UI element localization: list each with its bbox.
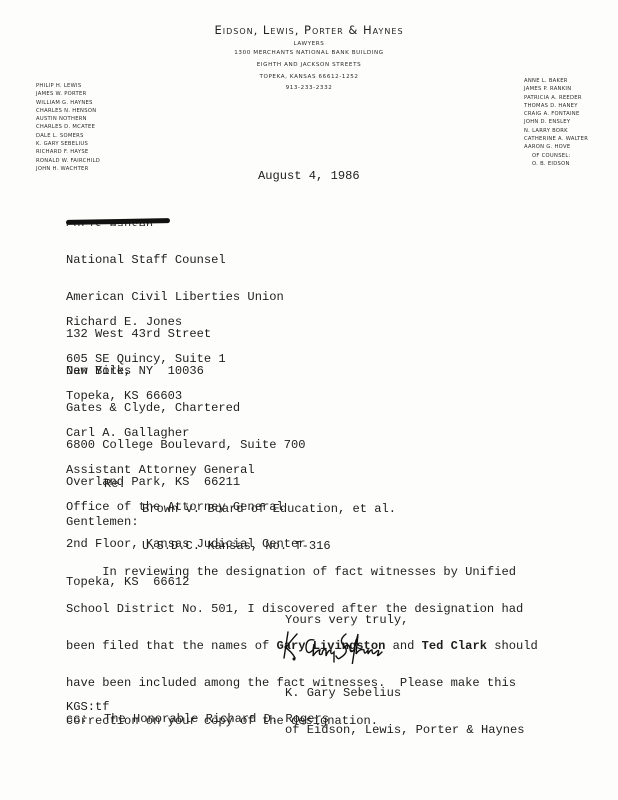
partner-name: K. Gary Sebelius — [36, 140, 100, 148]
address-line: Richard E. Jones — [66, 316, 226, 328]
partner-name: Ronald W. Fairchild — [36, 157, 100, 165]
partner-name: James W. Porter — [36, 90, 100, 98]
partner-name: Philip H. Lewis — [36, 82, 100, 90]
partner-name: John D. Ensley — [524, 118, 588, 126]
of-counsel-label: Of Counsel: — [524, 152, 588, 160]
partner-name: Craig A. Fontaine — [524, 110, 588, 118]
firm-address-line1: 1300 Merchants National Bank Building — [0, 50, 618, 56]
witness-name-2: Ted Clark — [422, 639, 487, 653]
address-line: Dan Biles — [66, 365, 306, 377]
address-line: National Staff Counsel — [66, 254, 284, 266]
partner-name: Dale L. Somers — [36, 132, 100, 140]
address-line: Assistant Attorney General — [66, 464, 306, 476]
partner-name: Patricia A. Reeder — [524, 94, 588, 102]
partner-name: Aaron G. Hove — [524, 143, 588, 151]
partner-name: Charles D. McAtee — [36, 123, 100, 131]
redaction-mark — [66, 218, 170, 225]
partner-name: William G. Haynes — [36, 99, 100, 107]
partner-name: John H. Wachter — [36, 165, 100, 173]
firm-name: Eidson, Lewis, Porter & Haynes — [0, 23, 618, 37]
signer-block: K. Gary Sebelius of Eidson, Lewis, Porte… — [285, 662, 525, 749]
partner-name: N. Larry Bork — [524, 127, 588, 135]
address-line: Carl A. Gallagher — [66, 427, 306, 439]
left-partner-list: Philip H. Lewis James W. Porter William … — [36, 82, 100, 173]
of-counsel-name: O. B. Eidson — [524, 160, 588, 168]
firm-profession: Lawyers — [0, 41, 618, 47]
letter-date: August 4, 1986 — [258, 170, 360, 182]
right-partner-list: Anne L. Baker James P. Rankin Patricia A… — [524, 77, 588, 168]
partner-name: Richard F. Hayse — [36, 148, 100, 156]
re-line-1: Brown v. Board of Education, et al. — [142, 503, 396, 515]
partner-name: Austin Nothern — [36, 115, 100, 123]
partner-name: James P. Rankin — [524, 85, 588, 93]
handwritten-signature — [282, 628, 392, 664]
closing: Yours very truly, — [285, 614, 408, 626]
partner-name: Catherine A. Walter — [524, 135, 588, 143]
cc-label: cc: — [66, 713, 88, 725]
partner-name: Anne L. Baker — [524, 77, 588, 85]
body-line: In reviewing the designation of fact wit… — [66, 566, 538, 578]
body-text: been filed that the names of — [66, 639, 276, 653]
salutation: Gentlemen: — [66, 516, 139, 528]
signer-name: K. Gary Sebelius — [285, 687, 525, 699]
re-label: Re: — [104, 478, 126, 490]
cc-recipient: The Honorable Richard D. Rogers — [104, 713, 329, 725]
body-text: should — [487, 639, 538, 653]
partner-name: Charles N. Henson — [36, 107, 100, 115]
firm-address-line2: Eighth and Jackson Streets — [0, 62, 618, 68]
partner-name: Thomas D. Haney — [524, 102, 588, 110]
